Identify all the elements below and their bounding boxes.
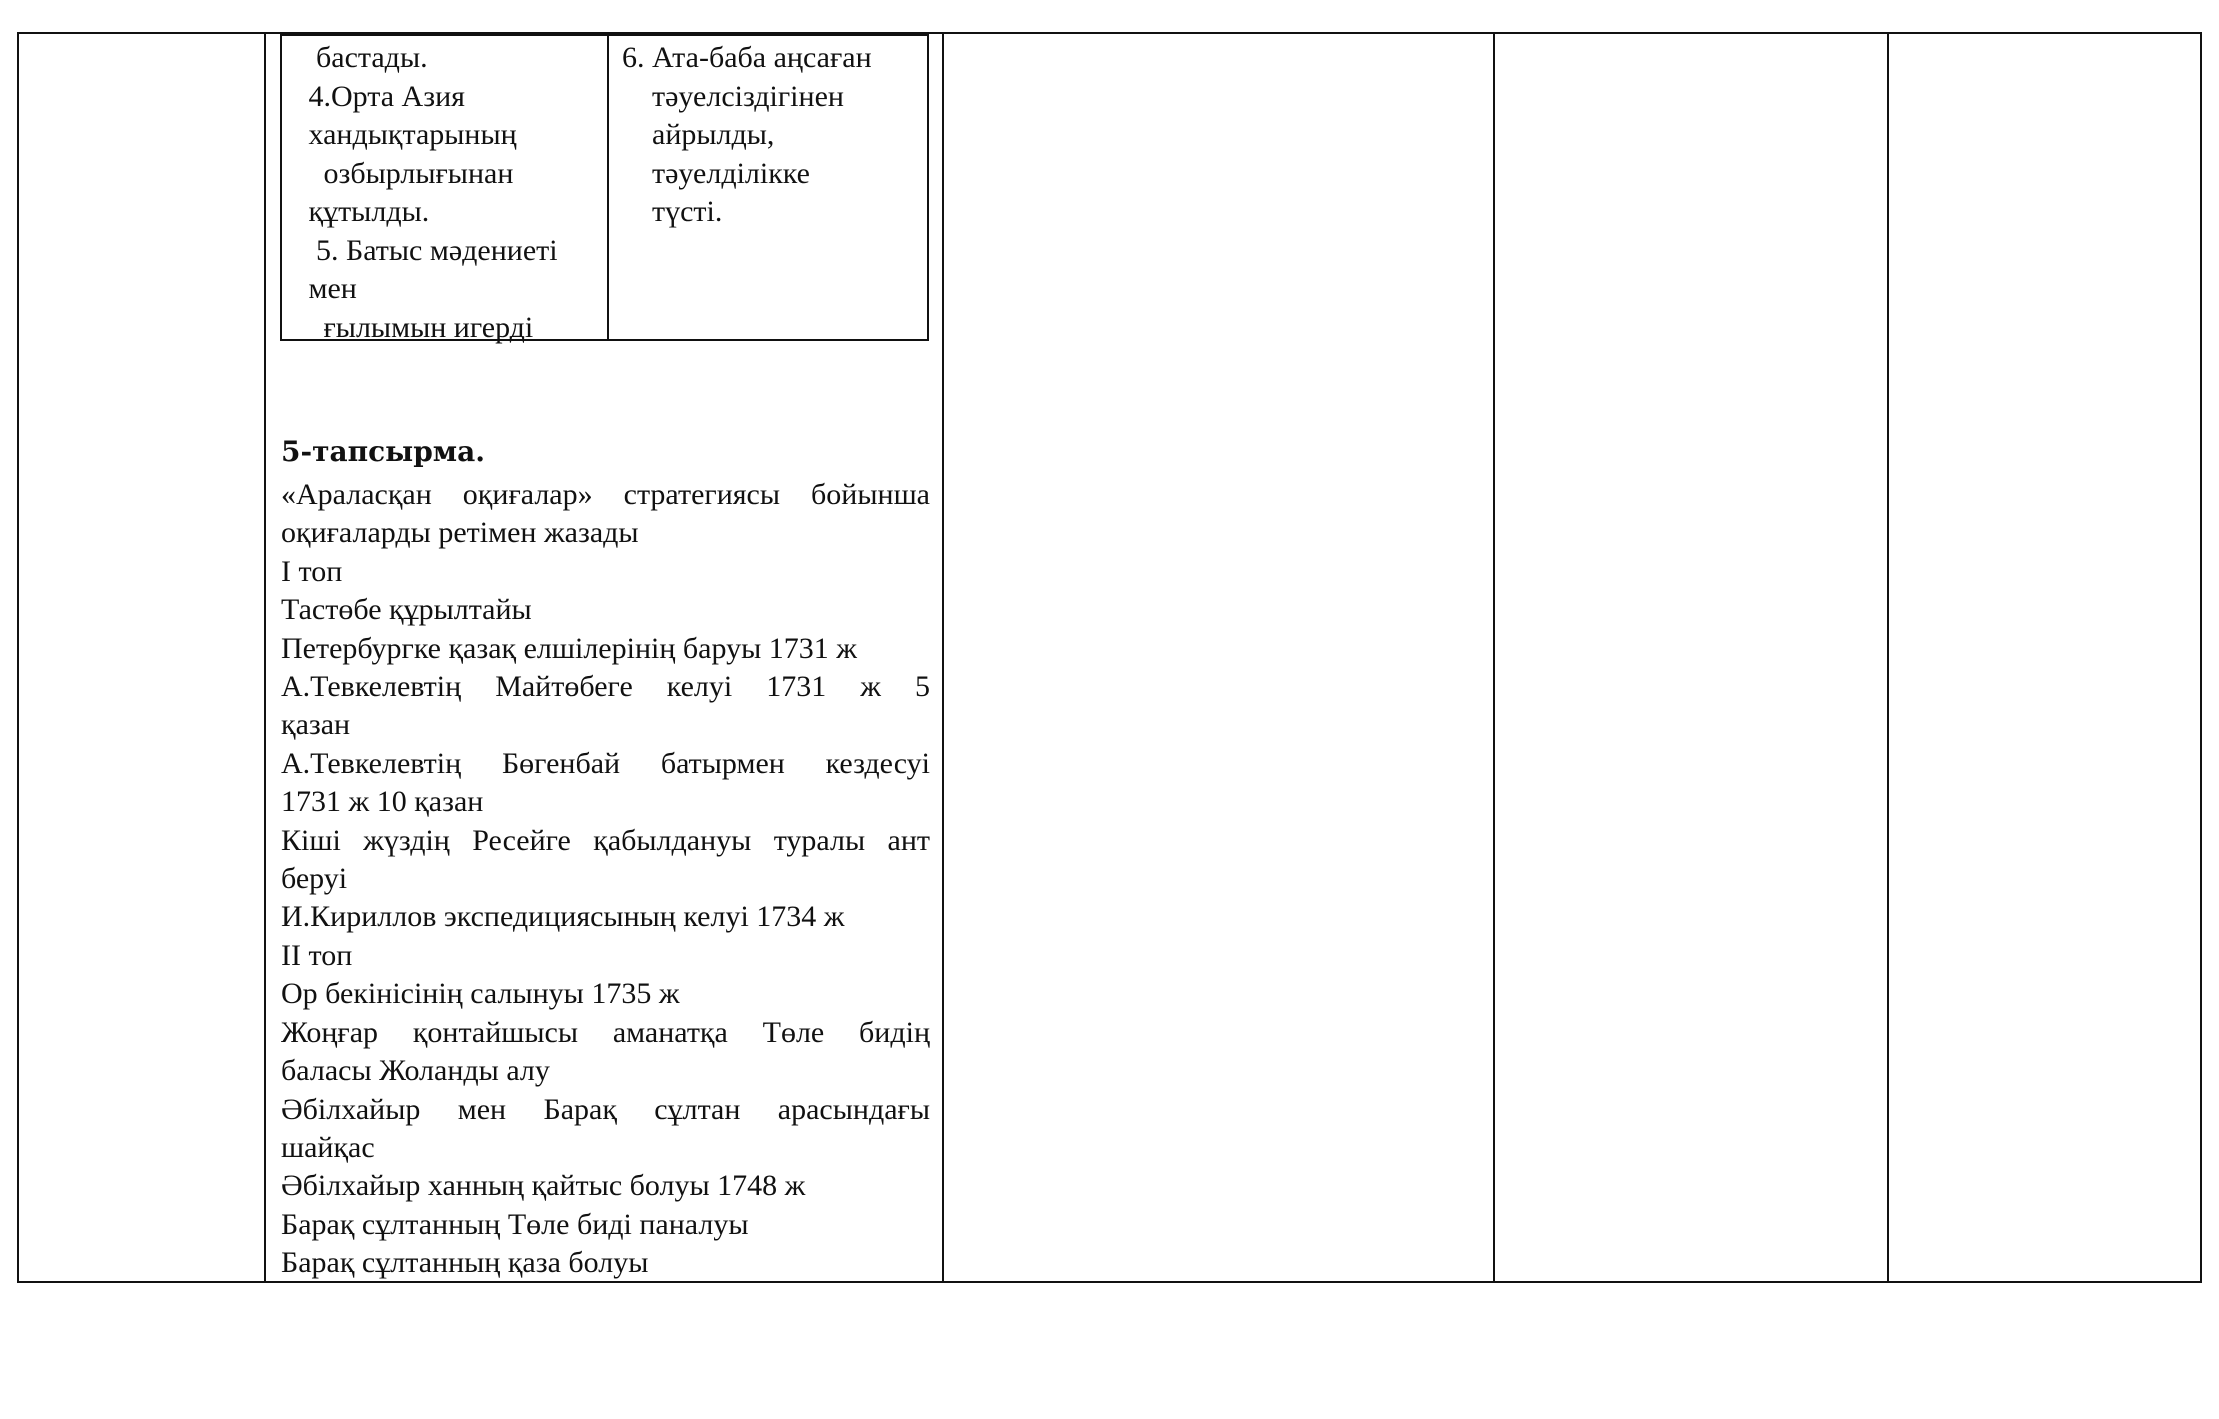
cell-line: 5. Батыс мәдениеті [301, 232, 601, 271]
event-line: Ор бекінісінің салынуы 1735 ж [281, 975, 930, 1013]
cell-line: тәуелділікке [622, 155, 922, 194]
event-line: шайқас [281, 1129, 930, 1167]
cell-line: мен [301, 270, 601, 309]
column-divider [1887, 32, 1889, 1283]
event-line: Әбілхайыр мен Барақ сұлтан арасындағы [281, 1091, 930, 1129]
event-line: II топ [281, 937, 930, 975]
event-line: И.Кириллов экспедициясының келуі 1734 ж [281, 898, 930, 936]
event-line: баласы Жоланды алу [281, 1052, 930, 1090]
event-line: А.Тевкелевтің Майтөбеге келуі 1731 ж 5 [281, 668, 930, 706]
cell-line: 4.Орта Азия [301, 78, 601, 117]
column-divider [1493, 32, 1495, 1283]
cell-line: ғылымын игерді [301, 309, 601, 348]
event-line: 1731 ж 10 қазан [281, 783, 930, 821]
cell-line: хандықтарының [301, 116, 601, 155]
comparison-cell-right: 6. Ата-баба аңсаған тәуелсіздігінен айры… [622, 39, 922, 232]
event-line: «Араласқан оқиғалар» стратегиясы бойынша [281, 476, 930, 514]
event-line: Жоңғар қонтайшысы аманатқа Төле бидің [281, 1014, 930, 1052]
cell-line: құтылды. [301, 193, 601, 232]
column-divider [942, 32, 944, 1283]
task-title: 5-тапсырма. [281, 432, 930, 472]
event-line: оқиғаларды ретімен жазады [281, 514, 930, 552]
event-line: А.Тевкелевтің Бөгенбай батырмен кездесуі [281, 745, 930, 783]
event-line: Барақ сұлтанның қаза болуы [281, 1244, 930, 1282]
event-line: қазан [281, 706, 930, 744]
comparison-cell-left: бастады. 4.Орта Азия хандықтарының озбыр… [301, 39, 601, 347]
cell-line: тәуелсіздігінен [622, 78, 922, 117]
cell-line: бастады. [301, 39, 601, 78]
cell-line: озбырлығынан [301, 155, 601, 194]
event-line: I топ [281, 553, 930, 591]
cell-line: 6. Ата-баба аңсаған [622, 39, 922, 78]
cell-line: айрылды, [622, 116, 922, 155]
event-line: Барақ сұлтанның Төле биді паналуы [281, 1206, 930, 1244]
event-line: Әбілхайыр ханның қайтыс болуы 1748 ж [281, 1167, 930, 1205]
cell-line: түсті. [622, 193, 922, 232]
task-event-list: «Араласқан оқиғалар» стратегиясы бойынша… [281, 476, 930, 1283]
comparison-table-divider [607, 36, 609, 339]
event-line: Петербургке қазақ елшілерінің баруы 1731… [281, 630, 930, 668]
event-line: Тастөбе құрылтайы [281, 591, 930, 629]
column-divider [264, 32, 266, 1283]
event-line: беруі [281, 860, 930, 898]
comparison-table: бастады. 4.Орта Азия хандықтарының озбыр… [280, 32, 929, 341]
event-line: Кіші жүздің Ресейге қабылдануы туралы ан… [281, 822, 930, 860]
task-5-section: 5-тапсырма. «Араласқан оқиғалар» стратег… [281, 432, 930, 1283]
